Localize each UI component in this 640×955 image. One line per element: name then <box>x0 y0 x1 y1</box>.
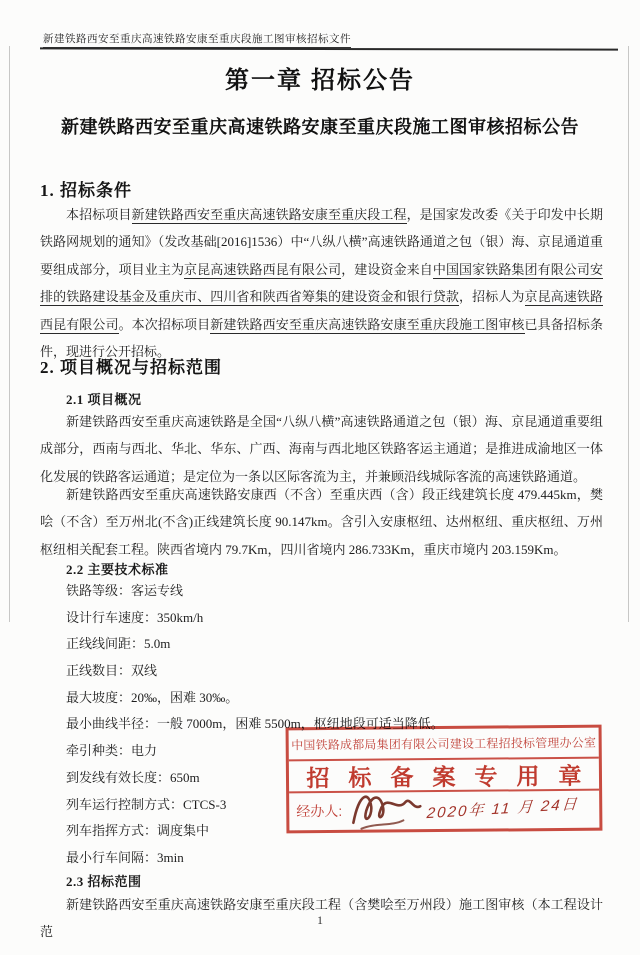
registration-stamp: 中国铁路成都局集团有限公司建设工程招投标管理办公室 招标备案专用章 经办人: 2… <box>286 725 603 834</box>
announcement-title: 新建铁路西安至重庆高速铁路安康至重庆段施工图审核招标公告 <box>0 113 640 139</box>
document-page: 新建铁路西安至重庆高速铁路安康至重庆段施工图审核招标文件 第一章 招标公告 新建… <box>0 0 640 955</box>
text-segment: ，建设资金来自 <box>341 262 433 277</box>
project-overview-paragraph-1: 新建铁路西安至重庆高速铁路是全国“八纵八横”高速铁路通道之包（银）海、京昆通道重… <box>40 408 603 490</box>
header-rule <box>40 47 618 50</box>
spec-item: 正线线间距：5.0m <box>66 631 606 658</box>
spec-item: 设计行车速度：350km/h <box>66 605 606 632</box>
spec-item: 正线数目：双线 <box>66 658 606 685</box>
section-2-3-heading: 2.3 招标范围 <box>66 871 142 890</box>
section-2-1-heading: 2.1 项目概况 <box>66 389 142 408</box>
stamp-handler-row: 经办人: 2020年 11 月 24日 <box>289 791 599 829</box>
underlined-text-segment: 新建铁路西安至重庆高速铁路安康至重庆段施工图审核 <box>210 317 524 334</box>
section-1-heading: 1. 招标条件 <box>40 176 132 201</box>
section-2-heading: 2. 项目概况与招标范围 <box>40 353 222 378</box>
text-segment: 。本次招标项目 <box>119 317 211 332</box>
text-segment: 本招标项目 <box>66 207 132 222</box>
section-1-paragraph: 本招标项目新建铁路西安至重庆高速铁路安康至重庆段工程，是国家发改委《关于印发中长… <box>40 201 603 365</box>
text-segment: ，招标人为 <box>459 289 524 304</box>
handler-label: 经办人: <box>296 800 342 820</box>
page-number: 1 <box>0 913 640 928</box>
spec-item: 铁路等级：客运专线 <box>66 578 606 605</box>
spec-item: 最小行车间隔：3min <box>66 845 606 872</box>
underlined-text-segment: 新建铁路西安至重庆高速铁路安康至重庆段工程 <box>132 207 407 224</box>
underlined-text-segment: 京昆高速铁路西昆有限公司 <box>184 262 341 279</box>
stamp-office-row: 中国铁路成都局集团有限公司建设工程招投标管理办公室 <box>289 728 599 762</box>
doc-header-title: 新建铁路西安至重庆高速铁路安康至重庆段施工图审核招标文件 <box>43 31 351 48</box>
spec-item: 最大坡度：20‰，困难 30‰。 <box>66 685 606 712</box>
stamp-date: 2020年 11 月 24日 <box>426 793 580 823</box>
stamp-title-row: 招标备案专用章 <box>289 759 599 794</box>
signature-scribble-icon <box>347 782 425 837</box>
project-overview-paragraph-2: 新建铁路西安至重庆高速铁路安康西（不含）至重庆西（含）段正线建筑长度 479.4… <box>40 481 603 563</box>
chapter-title: 第一章 招标公告 <box>0 60 640 95</box>
section-2-2-heading: 2.2 主要技术标准 <box>66 559 169 578</box>
